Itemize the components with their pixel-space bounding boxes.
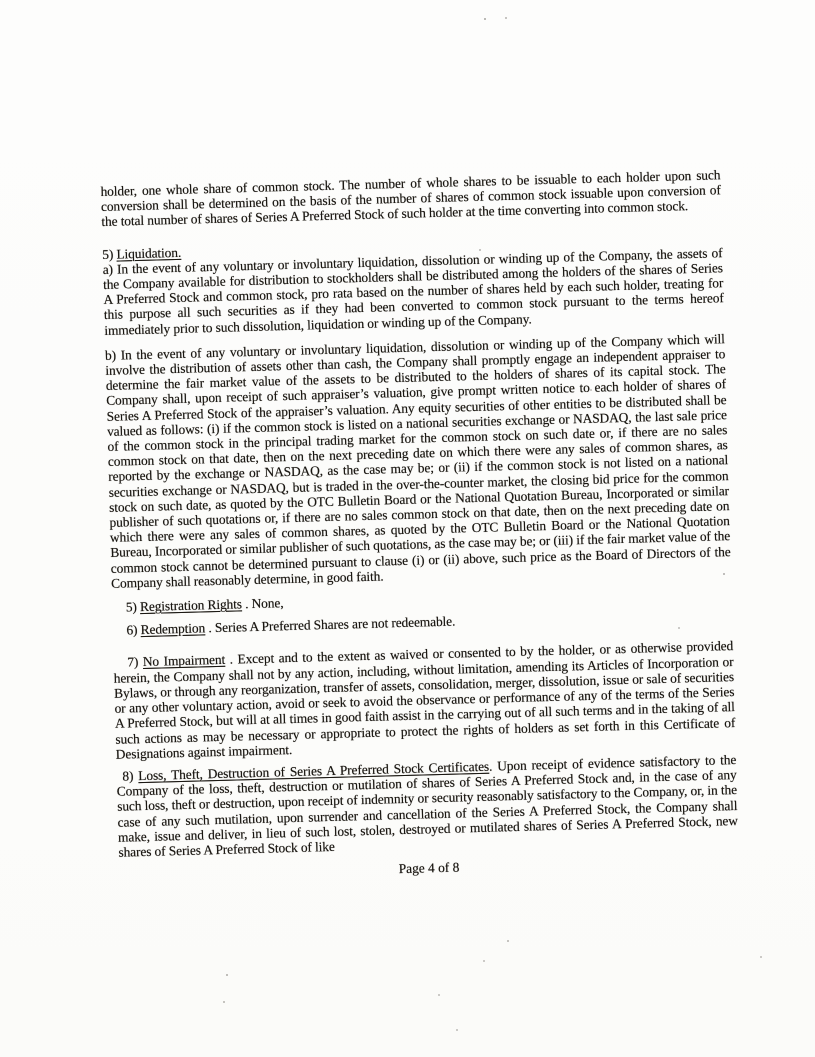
scan-speck (678, 627, 680, 629)
section-number: 5) (126, 599, 141, 614)
section-number: 5) (102, 246, 117, 261)
scan-speck (484, 18, 486, 20)
registration-rights-text: . None, (242, 595, 284, 611)
scan-speck (505, 17, 507, 19)
section-heading-redemption: Redemption (140, 621, 205, 638)
document-text-block: holder, one whole share of common stock.… (100, 153, 739, 884)
scan-speck (483, 960, 485, 962)
redemption-text: . Series A Preferred Shares are not rede… (205, 614, 456, 636)
scan-speck (438, 994, 440, 996)
liquidation-clause-b: b) In the event of any voluntary or invo… (105, 331, 731, 591)
scanned-document-page: holder, one whole share of common stock.… (0, 0, 815, 1057)
scan-speck (760, 956, 762, 958)
scan-speck (590, 389, 592, 391)
scan-speck (477, 182, 479, 184)
section-loss-theft-destruction: 8) Loss, Theft, Destruction of Series A … (116, 752, 738, 860)
scan-speck (226, 974, 228, 976)
scan-speck (223, 1001, 225, 1003)
scan-speck (507, 940, 509, 942)
section-no-impairment: 7) No Impairment . Except and to the ext… (113, 639, 736, 762)
scan-speck (479, 249, 481, 251)
section-heading-liquidation: Liquidation. (116, 244, 181, 261)
scan-speck (723, 573, 725, 575)
scan-speck (456, 1029, 458, 1031)
liquidation-clause-a: a) In the event of any voluntary or invo… (102, 245, 723, 338)
section-number: 6) (126, 622, 141, 637)
paragraph-conversion: holder, one whole share of common stock.… (100, 167, 721, 229)
section-number: 8) (122, 768, 138, 783)
section-liquidation: 5) Liquidation. a) In the event of any v… (102, 230, 724, 338)
section-heading-registration-rights: Registration Rights (140, 596, 242, 614)
section-number: 7) (127, 655, 143, 670)
